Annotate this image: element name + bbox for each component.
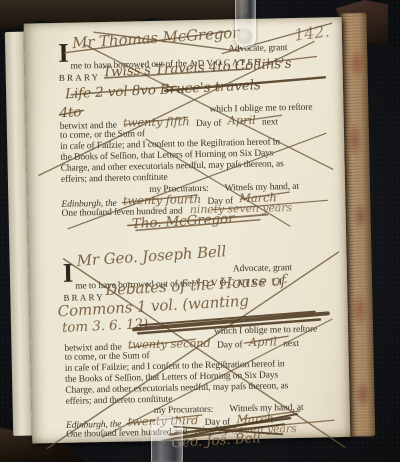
photo-background: 142. I Mr Thomas McGregor Advocate, gran… <box>0 0 400 462</box>
cancellation-strokes <box>24 17 351 444</box>
open-book: 142. I Mr Thomas McGregor Advocate, gran… <box>24 12 377 447</box>
strap-end-highlight <box>238 30 251 43</box>
register-page: 142. I Mr Thomas McGregor Advocate, gran… <box>24 17 351 444</box>
page-holder-strap-bottom <box>151 417 183 462</box>
